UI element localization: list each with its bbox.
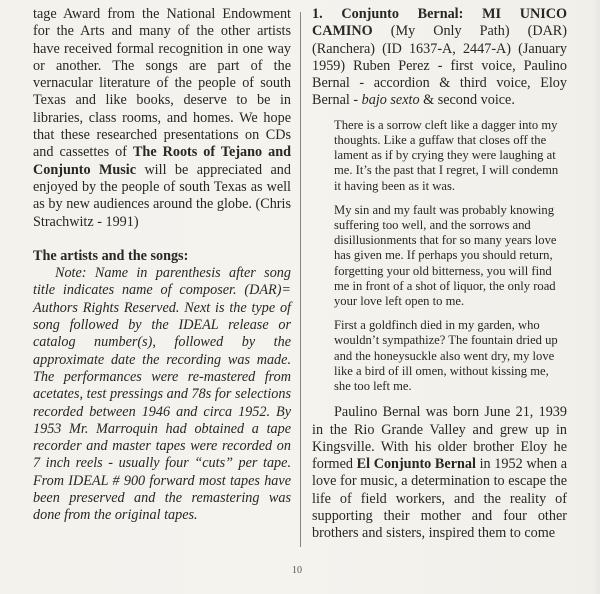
band-name: El Conjunto Bernal xyxy=(357,456,476,472)
artist-biography: Paulino Bernal was born June 21, 1939 in… xyxy=(312,404,567,542)
song-details-tail: & second voice. xyxy=(423,92,515,108)
page-edge-shadow xyxy=(592,0,600,594)
page-number: 10 xyxy=(292,565,302,576)
booklet-page: tage Award from the National Endowment f… xyxy=(0,0,600,594)
instrument-italic: bajo sexto xyxy=(362,92,420,108)
lyrics-stanza: My sin and my fault was probably knowing… xyxy=(334,203,567,309)
right-column: 1. Conjunto Bernal: MI UNICO CAMINO (My … xyxy=(312,6,567,543)
column-divider xyxy=(300,12,301,547)
intro-text: tage Award from the National Endowment f… xyxy=(33,6,291,160)
left-column: tage Award from the National Endowment f… xyxy=(33,6,291,525)
section-heading: The artists and the songs: xyxy=(33,248,291,265)
lyrics-translation: There is a sorrow cleft like a dagger in… xyxy=(334,118,567,394)
composer-note: Note: Name in parenthesis after song tit… xyxy=(33,265,291,524)
song-entry: 1. Conjunto Bernal: MI UNICO CAMINO (My … xyxy=(312,6,567,110)
lyrics-stanza: First a goldfinch died in my garden, who… xyxy=(334,318,567,394)
intro-paragraph: tage Award from the National Endowment f… xyxy=(33,6,291,231)
lyrics-stanza: There is a sorrow cleft like a dagger in… xyxy=(334,118,567,194)
